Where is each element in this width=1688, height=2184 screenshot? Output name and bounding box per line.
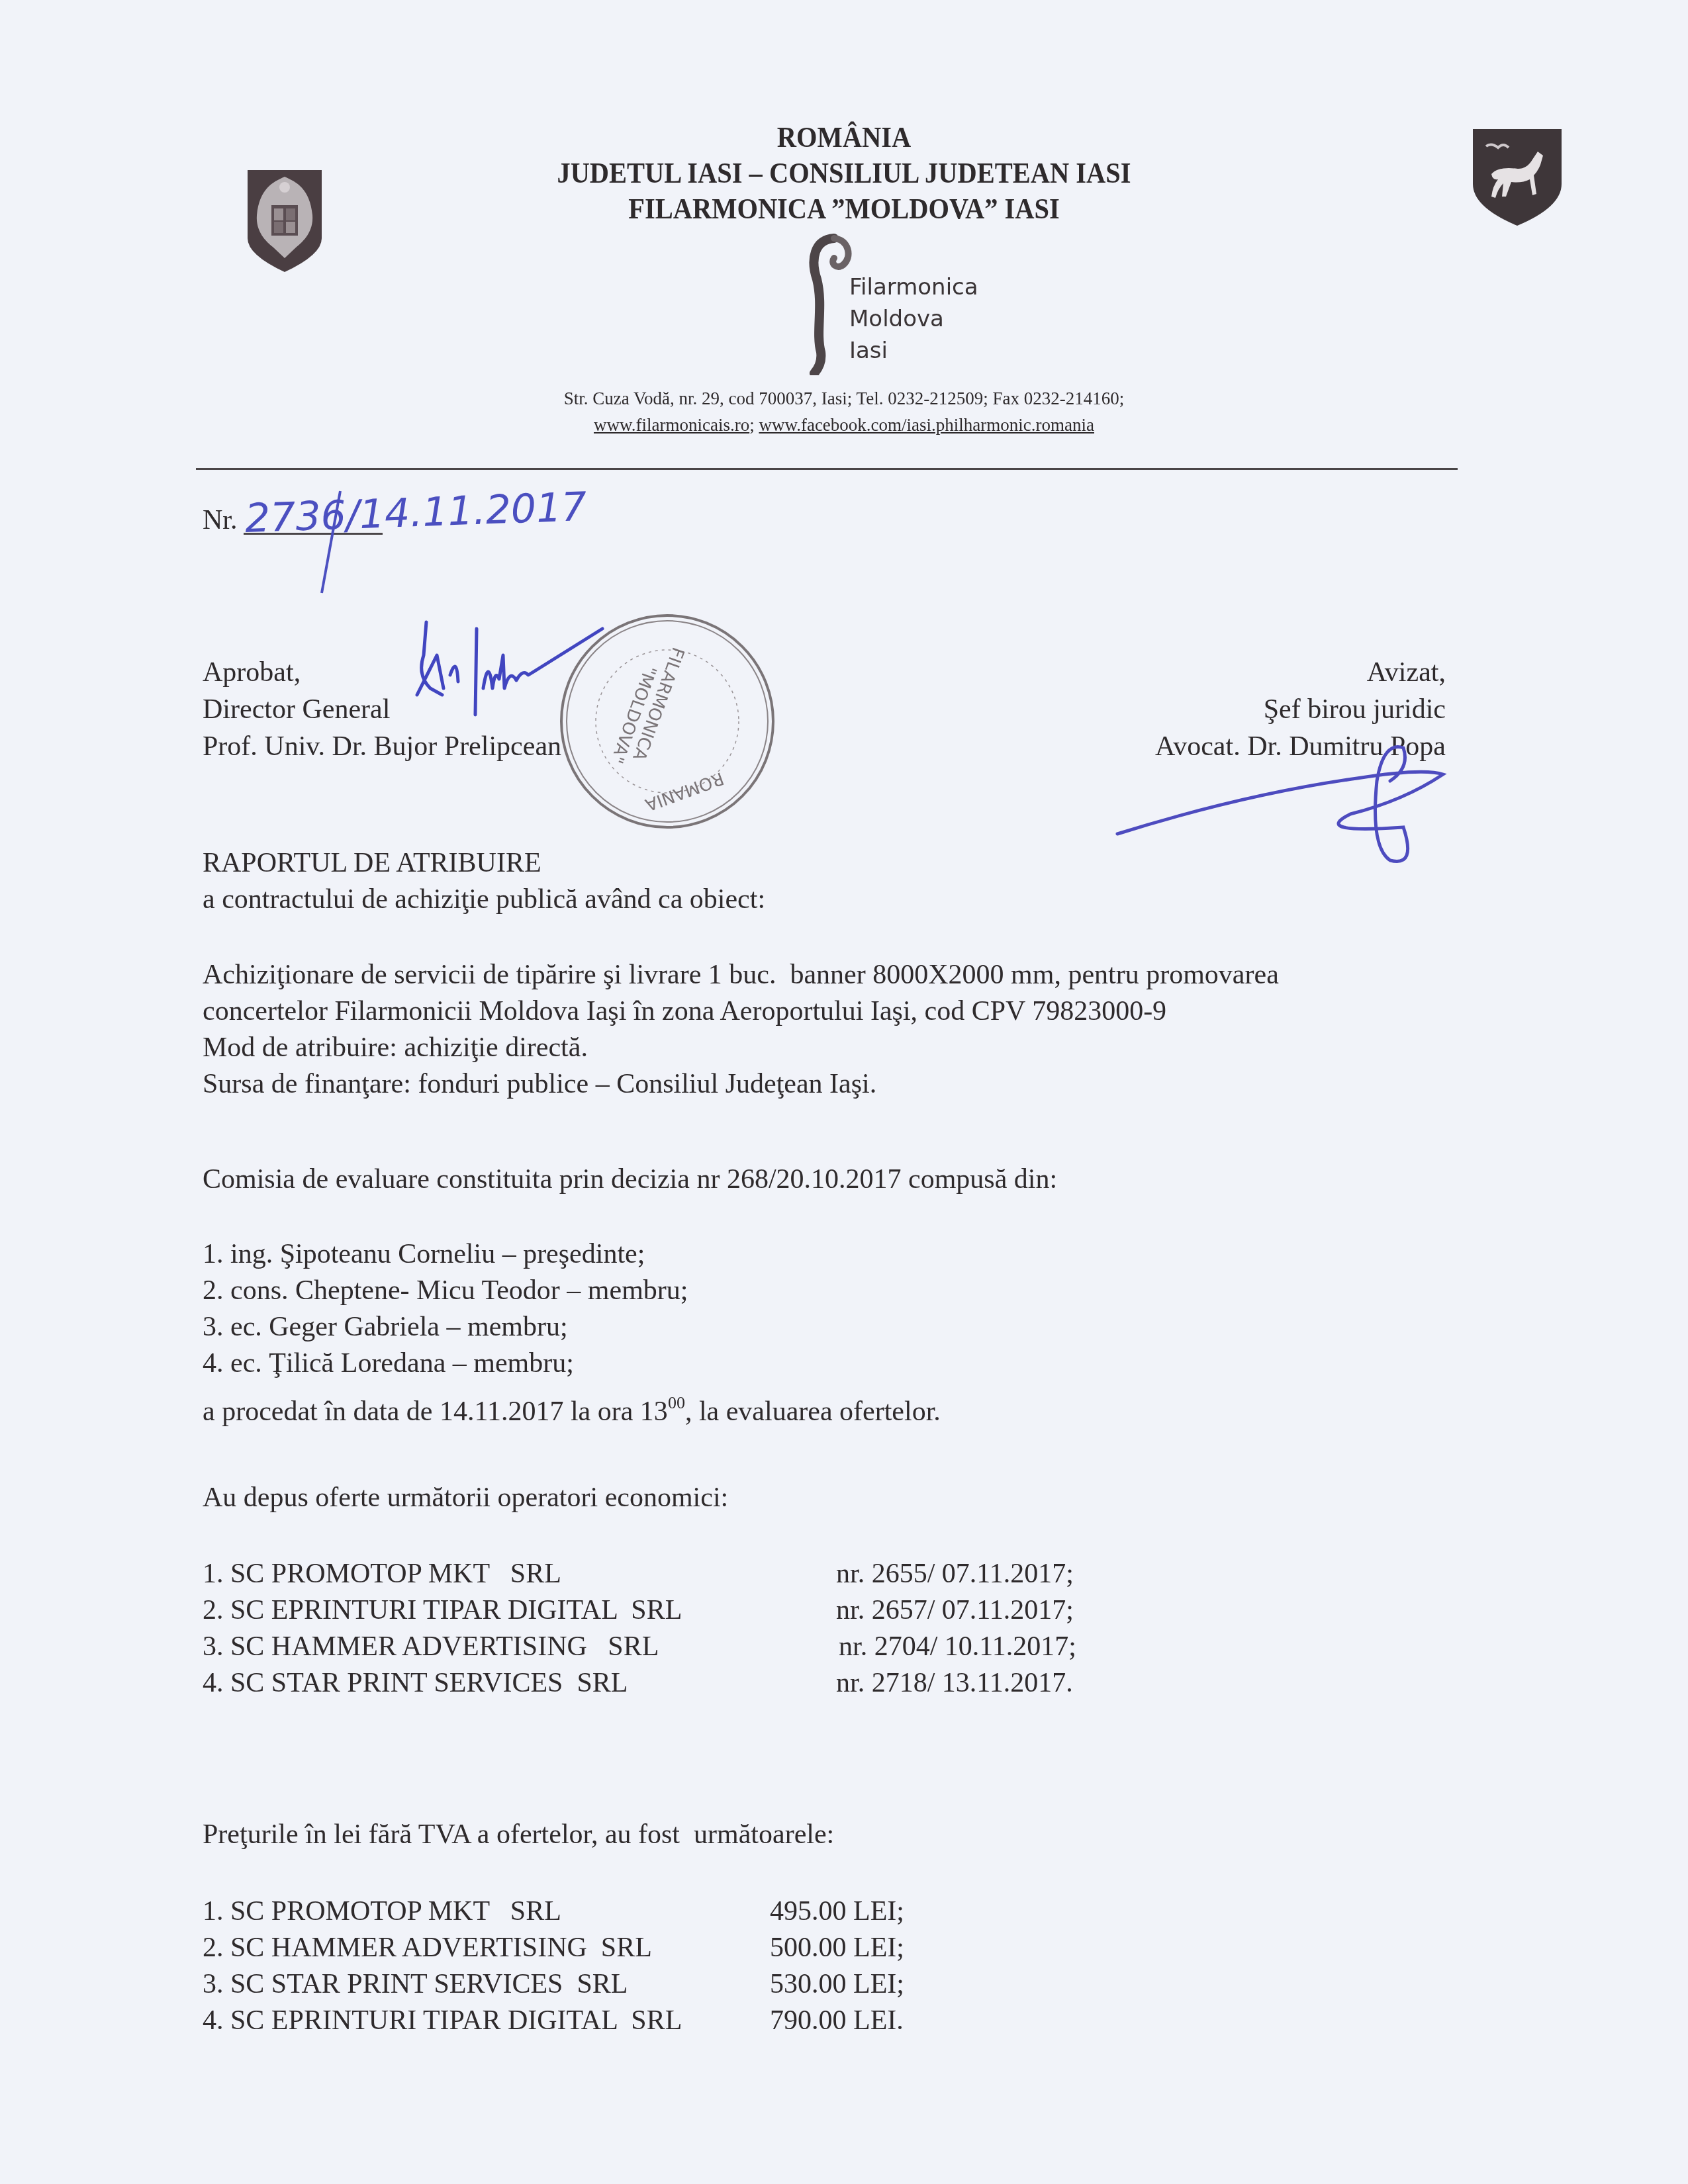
commission-member: 4. ec. Ţilică Loredana – membru; bbox=[203, 1349, 574, 1378]
commission-member: 1. ing. Şipoteanu Corneliu – preşedinte; bbox=[203, 1240, 645, 1269]
contract-object-line: Achiziţionare de servicii de tipărire şi… bbox=[203, 960, 1279, 989]
address-line: Str. Cuza Vodă, nr. 29, cod 700037, Iasi… bbox=[0, 385, 1688, 412]
registration-label: Nr. bbox=[203, 504, 238, 536]
header-country: ROMÂNIA bbox=[68, 120, 1620, 154]
facebook-link[interactable]: www.facebook.com/iasi.philharmonic.roman… bbox=[759, 415, 1094, 435]
offer-registration: nr. 2704/ 10.11.2017; bbox=[839, 1631, 1076, 1662]
handwritten-signature-icon bbox=[1112, 728, 1456, 874]
links-line: www.filarmonicais.ro; www.facebook.com/i… bbox=[0, 412, 1688, 438]
evaluation-suffix: , la evaluarea ofertelor. bbox=[685, 1396, 941, 1427]
logo-text-line: Moldova bbox=[849, 303, 944, 335]
approver-role: Director General bbox=[203, 695, 390, 724]
link-separator: ; bbox=[749, 415, 759, 435]
endorser-role: Şef birou juridic bbox=[1264, 695, 1446, 724]
evaluation-prefix: a procedat în data de 14.11.2017 la ora … bbox=[203, 1396, 668, 1427]
prices-intro: Preţurile în lei fără TVA a ofertelor, a… bbox=[203, 1820, 834, 1849]
price-value: 500.00 LEI; bbox=[770, 1932, 904, 1964]
price-company: 1. SC PROMOTOP MKT SRL bbox=[203, 1895, 561, 1927]
commission-intro: Comisia de evaluare constituita prin dec… bbox=[203, 1165, 1057, 1194]
funding-source: Sursa de finanţare: fonduri publice – Co… bbox=[203, 1069, 876, 1099]
approved-title: Aprobat, bbox=[203, 658, 301, 687]
offer-registration: nr. 2718/ 13.11.2017. bbox=[836, 1667, 1073, 1699]
logo-text-line: Iasi bbox=[849, 335, 888, 367]
registration-number-handwritten: 2736/14.11.2017 bbox=[244, 484, 588, 542]
handwritten-signature-icon bbox=[410, 615, 675, 721]
price-value: 530.00 LEI; bbox=[770, 1968, 904, 2000]
offer-registration: nr. 2655/ 07.11.2017; bbox=[836, 1558, 1074, 1590]
romania-coat-of-arms-icon bbox=[246, 169, 323, 273]
endorsed-title: Avizat, bbox=[1367, 658, 1446, 687]
award-mode: Mod de atribuire: achiziţie directă. bbox=[203, 1033, 588, 1062]
price-company: 4. SC EPRINTURI TIPAR DIGITAL SRL bbox=[203, 2005, 682, 2036]
price-value: 495.00 LEI; bbox=[770, 1895, 904, 1927]
commission-member: 3. ec. Geger Gabriela – membru; bbox=[203, 1312, 568, 1342]
price-company: 3. SC STAR PRINT SERVICES SRL bbox=[203, 1968, 628, 2000]
offer-company: 2. SC EPRINTURI TIPAR DIGITAL SRL bbox=[203, 1594, 682, 1626]
handwritten-slash-icon bbox=[318, 490, 344, 596]
offer-company: 1. SC PROMOTOP MKT SRL bbox=[203, 1558, 561, 1590]
website-link[interactable]: www.filarmonicais.ro bbox=[594, 415, 749, 435]
commission-member: 2. cons. Cheptene- Micu Teodor – membru; bbox=[203, 1276, 688, 1305]
violin-scroll-icon bbox=[801, 233, 854, 375]
svg-text:ROMANIA: ROMANIA bbox=[642, 768, 726, 815]
report-title: RAPORTUL DE ATRIBUIRE bbox=[203, 848, 541, 878]
offer-company: 3. SC HAMMER ADVERTISING SRL bbox=[203, 1631, 659, 1662]
logo-text-line: Filarmonica bbox=[849, 271, 978, 303]
header-divider bbox=[196, 468, 1458, 470]
report-subtitle: a contractului de achiziţie publică avân… bbox=[203, 885, 765, 914]
offers-intro: Au depus oferte următorii operatori econ… bbox=[203, 1483, 728, 1512]
offer-registration: nr. 2657/ 07.11.2017; bbox=[836, 1594, 1074, 1626]
iasi-county-horse-crest-icon bbox=[1472, 128, 1563, 227]
offer-company: 4. SC STAR PRINT SERVICES SRL bbox=[203, 1667, 628, 1699]
evaluation-statement: a procedat în data de 14.11.2017 la ora … bbox=[203, 1388, 941, 1426]
price-company: 2. SC HAMMER ADVERTISING SRL bbox=[203, 1932, 652, 1964]
approver-name: Prof. Univ. Dr. Bujor Prelipcean bbox=[203, 732, 561, 761]
price-value: 790.00 LEI. bbox=[770, 2005, 904, 2036]
evaluation-time-minutes: 00 bbox=[668, 1393, 685, 1412]
contract-object-line: concertelor Filarmonicii Moldova Iaşi în… bbox=[203, 997, 1166, 1026]
